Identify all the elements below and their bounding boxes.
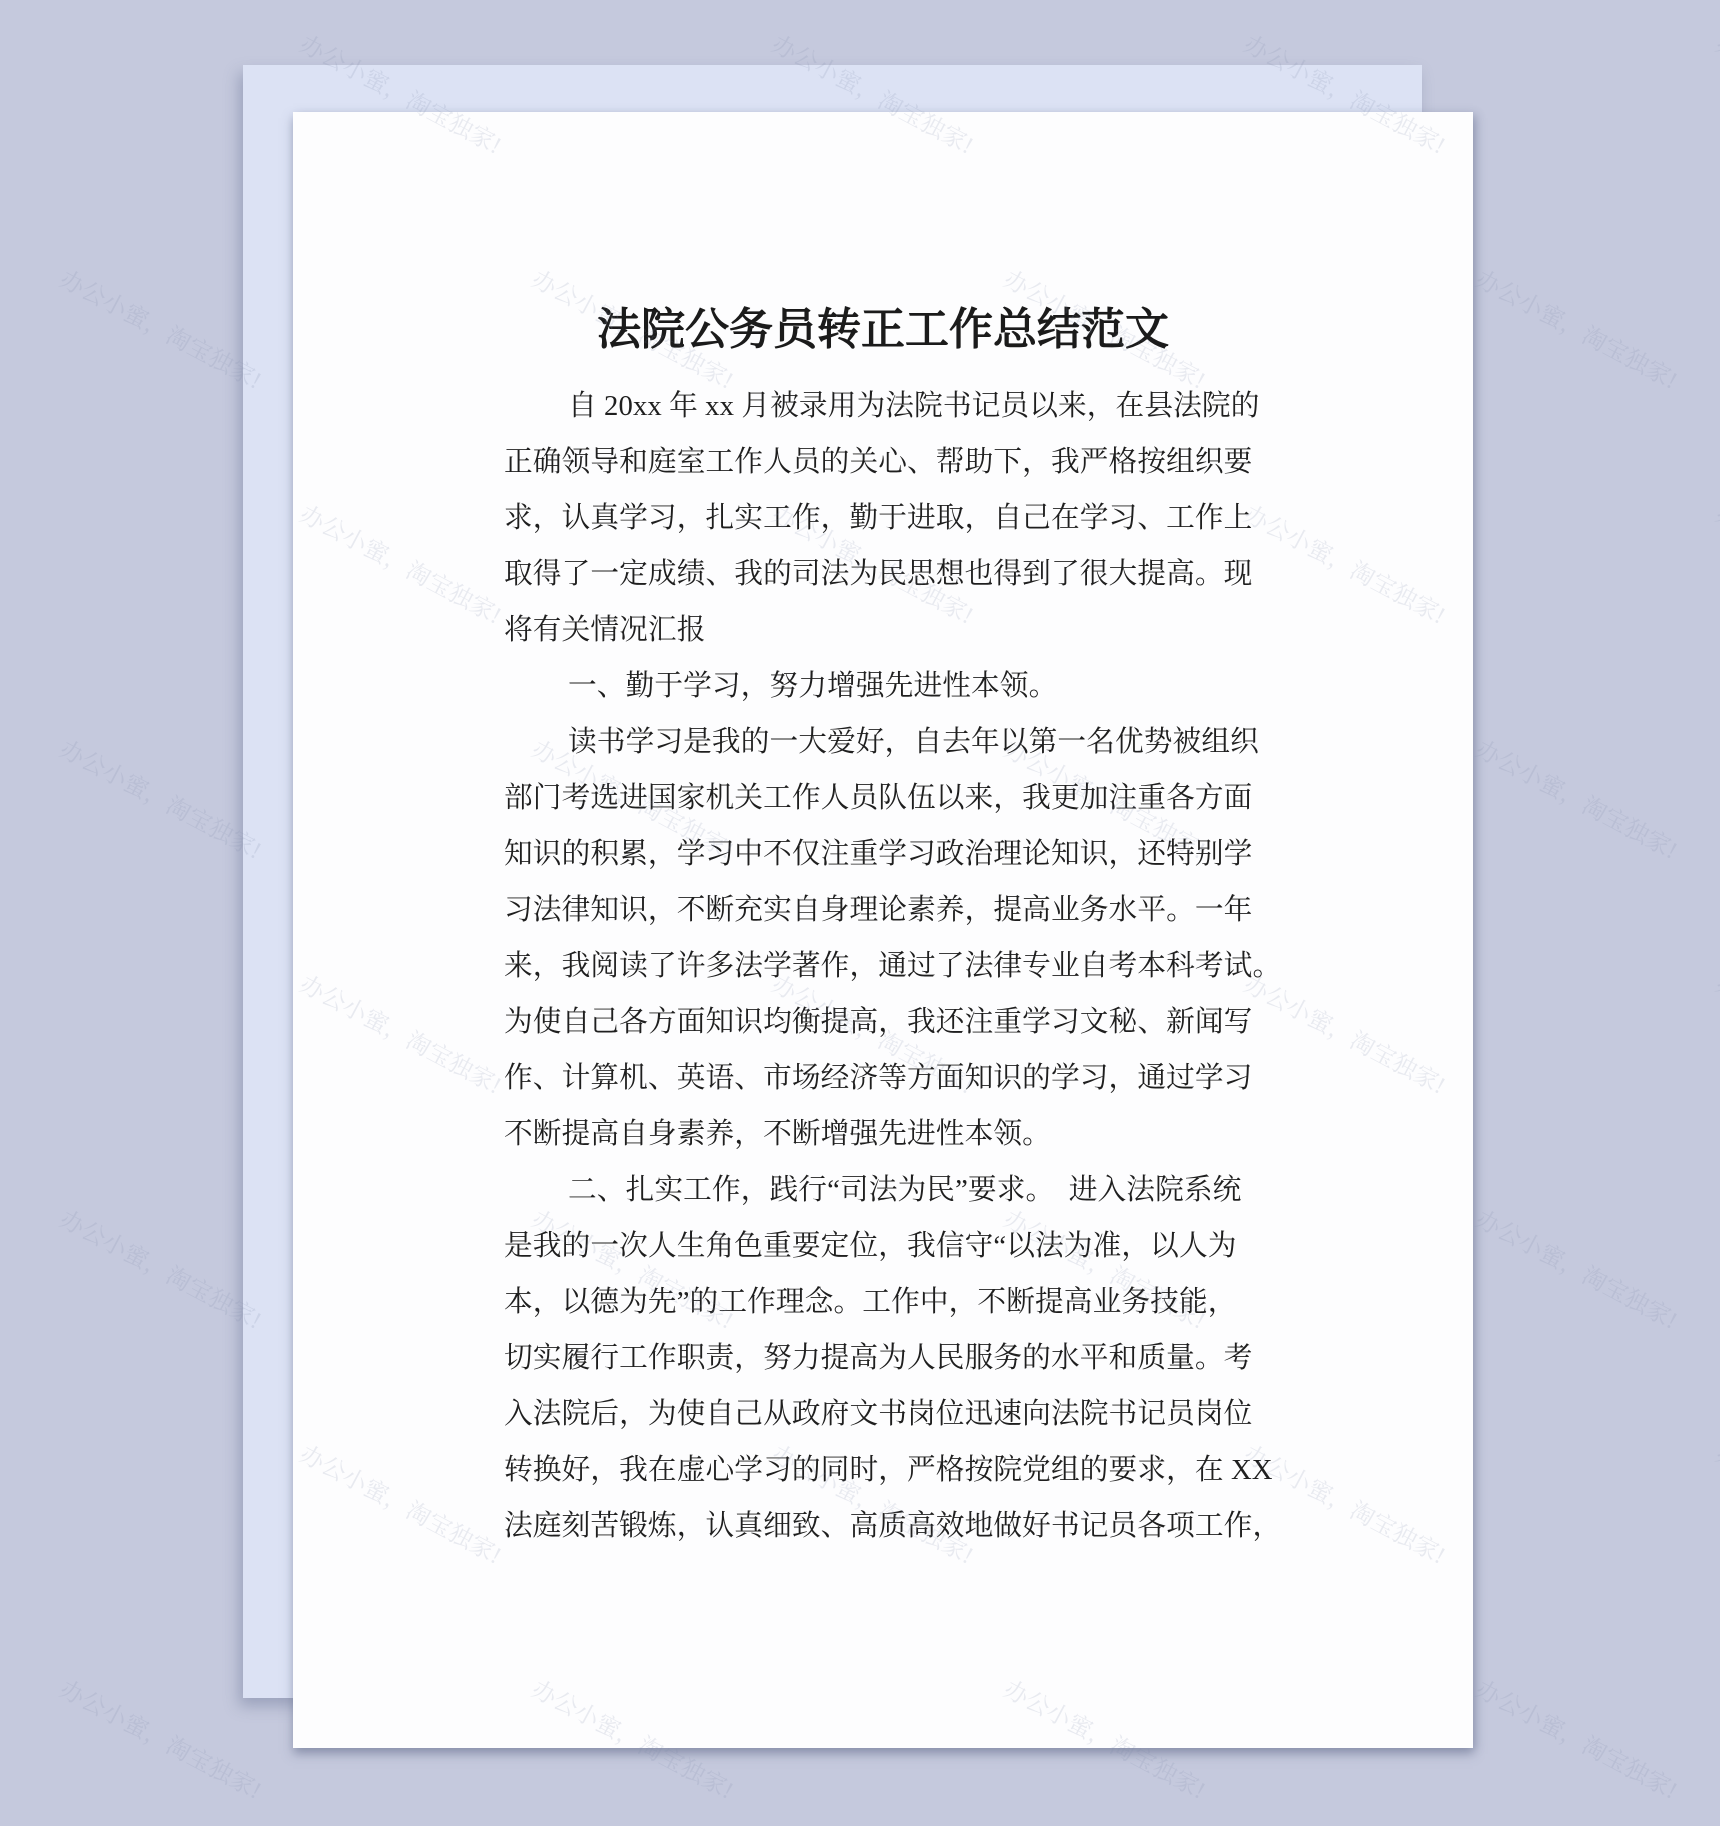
watermark-text: 办公小蜜，淘宝独家! xyxy=(1711,1434,1720,1570)
document-page: 法院公务员转正工作总结范文 自 20xx 年 xx 月被录用为法院书记员以来，在… xyxy=(293,112,1473,1748)
body-line: 不断提高自身素养，不断增强先进性本领。 xyxy=(504,1106,1251,1162)
watermark-text: 办公小蜜，淘宝独家! xyxy=(55,259,269,395)
watermark-text: 办公小蜜，淘宝独家! xyxy=(1471,729,1685,865)
body-line: 作、计算机、英语、市场经济等方面知识的学习，通过学习 xyxy=(504,1050,1251,1106)
watermark-text: 办公小蜜，淘宝独家! xyxy=(1471,1199,1685,1335)
body-line: 二、扎实工作，践行“司法为民”要求。 进入法院系统 xyxy=(504,1162,1251,1218)
body-line: 切实履行工作职责，努力提高为人民服务的水平和质量。考 xyxy=(504,1330,1251,1386)
body-line: 入法院后，为使自己从政府文书岗位迅速向法院书记员岗位 xyxy=(504,1386,1251,1442)
body-line: 为使自己各方面知识均衡提高，我还注重学习文秘、新闻写 xyxy=(504,994,1251,1050)
watermark-text: 办公小蜜，淘宝独家! xyxy=(55,729,269,865)
body-line: 知识的积累，学习中不仅注重学习政治理论知识，还特别学 xyxy=(504,826,1251,882)
body-line: 一、勤于学习，努力增强先进性本领。 xyxy=(504,658,1251,714)
body-line: 正确领导和庭室工作人员的关心、帮助下，我严格按组织要 xyxy=(504,434,1251,490)
body-line: 取得了一定成绩、我的司法为民思想也得到了很大提高。现 xyxy=(504,546,1251,602)
body-line: 读书学习是我的一大爱好，自去年以第一名优势被组织 xyxy=(504,714,1251,770)
watermark-text: 办公小蜜，淘宝独家! xyxy=(55,1199,269,1335)
body-line: 部门考选进国家机关工作人员队伍以来，我更加注重各方面 xyxy=(504,770,1251,826)
body-line: 习法律知识，不断充实自身理论素养，提高业务水平。一年 xyxy=(504,882,1251,938)
body-line: 法庭刻苦锻炼，认真细致、高质高效地做好书记员各项工作， xyxy=(504,1498,1251,1554)
body-line: 转换好，我在虚心学习的同时，严格按院党组的要求，在 XX xyxy=(504,1442,1251,1498)
watermark-text: 办公小蜜，淘宝独家! xyxy=(1471,259,1685,395)
watermark-text: 办公小蜜，淘宝独家! xyxy=(1471,1669,1685,1805)
watermark-text: 办公小蜜，淘宝独家! xyxy=(1711,964,1720,1100)
desktop-background: 法院公务员转正工作总结范文 自 20xx 年 xx 月被录用为法院书记员以来，在… xyxy=(0,0,1720,1826)
document-body: 自 20xx 年 xx 月被录用为法院书记员以来，在县法院的 正确领导和庭室工作… xyxy=(504,378,1251,1554)
body-line: 自 20xx 年 xx 月被录用为法院书记员以来，在县法院的 xyxy=(504,378,1251,434)
body-line: 来，我阅读了许多法学著作，通过了法律专业自考本科考试。 xyxy=(504,938,1251,994)
document-title: 法院公务员转正工作总结范文 xyxy=(293,302,1473,358)
watermark-text: 办公小蜜，淘宝独家! xyxy=(1711,494,1720,630)
watermark-text: 办公小蜜，淘宝独家! xyxy=(55,1669,269,1805)
watermark-text: 办公小蜜，淘宝独家! xyxy=(1711,24,1720,160)
body-line: 将有关情况汇报 xyxy=(504,602,1251,658)
body-line: 本，以德为先”的工作理念。工作中，不断提高业务技能， xyxy=(504,1274,1251,1330)
body-line: 求，认真学习，扎实工作，勤于进取，自己在学习、工作上 xyxy=(504,490,1251,546)
body-line: 是我的一次人生角色重要定位，我信守“以法为准，以人为 xyxy=(504,1218,1251,1274)
